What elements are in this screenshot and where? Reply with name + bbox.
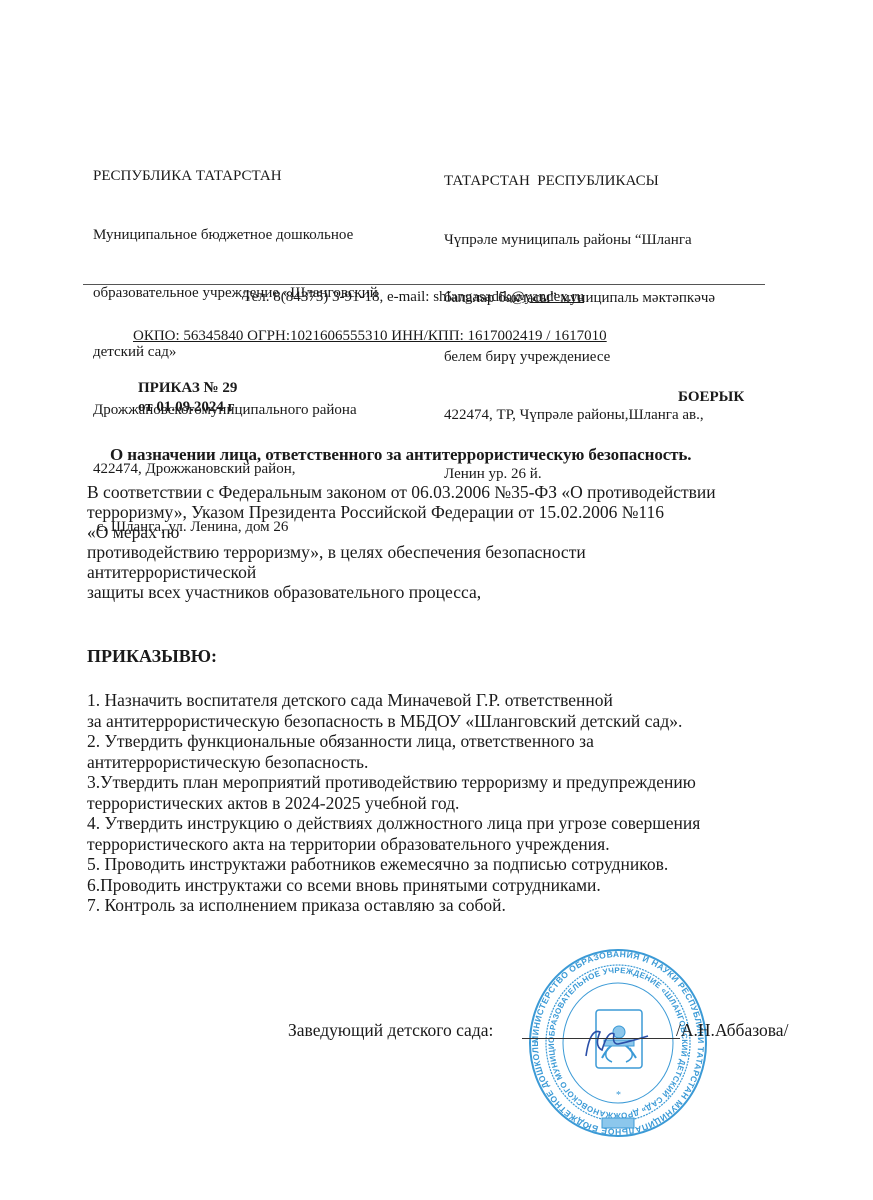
signature-position: Заведующий детского сада:: [288, 1020, 493, 1041]
preamble: В соответствии с Федеральным законом от …: [87, 482, 716, 602]
order-item: 2. Утвердить функциональные обязанности …: [87, 731, 700, 752]
signature-name: /А.Н.Аббазова/: [676, 1020, 788, 1041]
republic-title-tt: ТАТАРСТАН РЕСПУБЛИКАСЫ: [444, 172, 715, 192]
preamble-line: «О мерах по: [87, 522, 716, 542]
order-item: 1. Назначить воспитателя детского сада М…: [87, 690, 700, 711]
order-tatar-label: БОЕРЫК: [678, 388, 744, 407]
order-items: 1. Назначить воспитателя детского сада М…: [87, 690, 700, 916]
order-number: ПРИКАЗ № 29: [138, 379, 237, 398]
org-line: Муниципальное бюджетное дошкольное: [93, 226, 378, 246]
phone-email-text: Тел. 8(84375) 3-91-18, e-mail: shlangasa…: [243, 289, 511, 305]
contact-line: Тел. 8(84375) 3-91-18, e-mail: shlangasa…: [243, 289, 584, 306]
registry-codes: ОКПО: 56345840 ОГРН:1021606555310 ИНН/КП…: [133, 328, 607, 345]
republic-title-ru: РЕСПУБЛИКА ТАТАРСТАН: [93, 167, 378, 187]
order-item: 7. Контроль за исполнением приказа остав…: [87, 895, 700, 916]
org-line: Чүпрәле муниципаль районы “Шланга: [444, 231, 715, 251]
signature-line: [522, 1038, 680, 1039]
preamble-line: защиты всех участников образовательного …: [87, 582, 716, 602]
order-item: 5. Проводить инструктажи работников ежем…: [87, 854, 700, 875]
email-link[interactable]: @yandex.ru: [511, 289, 584, 305]
decree-label: ПРИКАЗЫВЮ:: [87, 646, 217, 667]
org-line: детский сад»: [93, 343, 378, 363]
org-line: белем бирү учреждениесе: [444, 348, 715, 368]
preamble-line: терроризму», Указом Президента Российско…: [87, 502, 716, 522]
order-item: за антитеррористическую безопасность в М…: [87, 711, 700, 732]
org-line: 422474, ТР, Чүпрәле районы,Шланга ав.,: [444, 406, 715, 426]
preamble-line: противодействию терроризму», в целях обе…: [87, 542, 716, 562]
svg-text:*: *: [616, 1090, 621, 1101]
official-stamp-icon: МИНИСТЕРСТВО ОБРАЗОВАНИЯ И НАУКИ РЕСПУБЛ…: [528, 948, 708, 1138]
header-divider: [83, 284, 765, 285]
order-info: ПРИКАЗ № 29 от 01.09.2024 г: [138, 379, 237, 417]
document-title: О назначении лица, ответственного за ант…: [110, 445, 691, 465]
order-item: 4. Утвердить инструкцию о действиях долж…: [87, 813, 700, 834]
order-date: от 01.09.2024 г: [138, 398, 237, 417]
preamble-line: антитеррористической: [87, 562, 716, 582]
order-item: 6.Проводить инструктажи со всеми вновь п…: [87, 875, 700, 896]
order-item: террористического акта на территории обр…: [87, 834, 700, 855]
preamble-line: В соответствии с Федеральным законом от …: [87, 482, 716, 502]
order-item: террористических актов в 2024-2025 учебн…: [87, 793, 700, 814]
order-item: антитеррористическую безопасность.: [87, 752, 700, 773]
order-item: 3.Утвердить план мероприятий противодейс…: [87, 772, 700, 793]
